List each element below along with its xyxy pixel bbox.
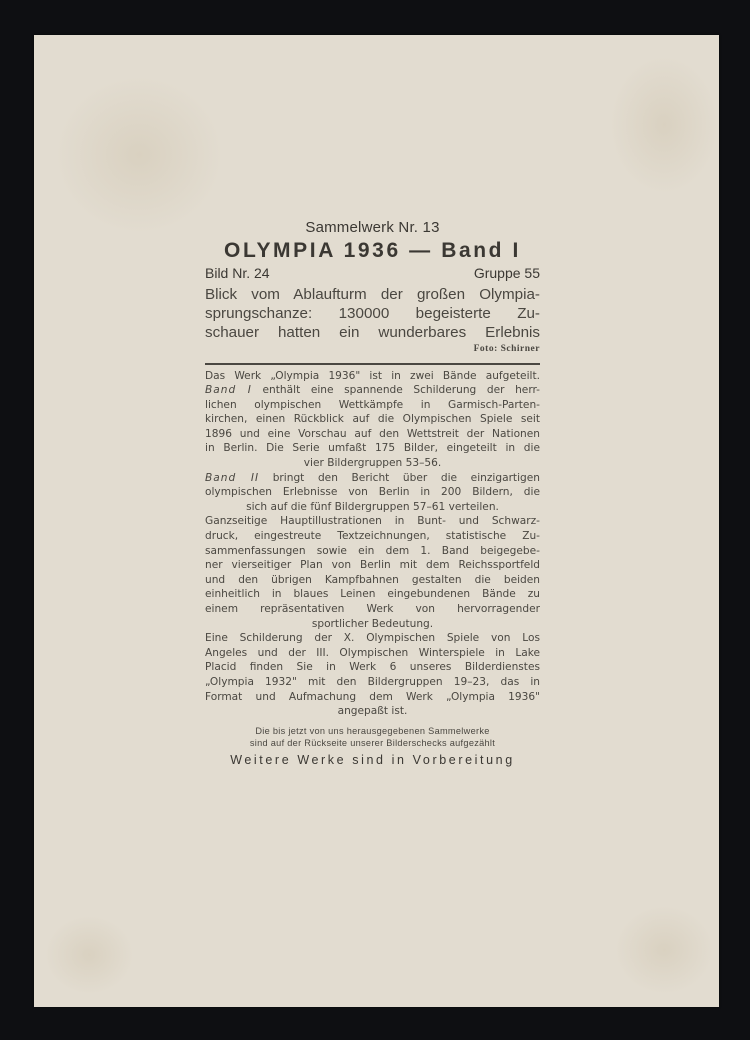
photo-credit: Foto: Schirner — [205, 343, 540, 355]
caption-line: Blick vom Ablaufturm der großen Olympia- — [205, 285, 540, 304]
card-title: OLYMPIA 1936 — Band I — [205, 239, 540, 263]
body-line: 1896 und eine Vorschau auf den Wettstrei… — [205, 427, 540, 442]
body-line: Ganzseitige Hauptillustrationen in Bunt-… — [205, 514, 540, 529]
group-number: Gruppe 55 — [474, 264, 540, 283]
body-line: Band I enthält eine spannende Schilderun… — [205, 383, 540, 398]
description-body: Das Werk „Olympia 1936" ist in zwei Bänd… — [205, 369, 540, 719]
body-line: Das Werk „Olympia 1936" ist in zwei Bänd… — [205, 369, 540, 384]
body-line: in Berlin. Die Serie umfaßt 175 Bilder, … — [205, 441, 540, 456]
body-line: angepaßt ist. — [205, 704, 540, 719]
body-line: einem repräsentativen Werk von hervorrag… — [205, 602, 540, 617]
band-one-label: Band I — [205, 384, 252, 396]
caption-line: sprungschanze: 130000 begeisterte Zu- — [205, 304, 540, 323]
body-line: olympischen Erlebnisse von Berlin in 200… — [205, 485, 540, 500]
card-meta-row: Bild Nr. 24 Gruppe 55 — [205, 264, 540, 283]
body-line: sich auf die fünf Bildergruppen 57–61 ve… — [205, 500, 540, 515]
band-two-label: Band II — [205, 472, 259, 484]
paper-stain — [44, 915, 134, 995]
body-line: druck, eingestreute Textzeichnungen, sta… — [205, 529, 540, 544]
picture-caption: Blick vom Ablaufturm der großen Olympia-… — [205, 285, 540, 342]
body-line: kirchen, einen Rückblick auf die Olympis… — [205, 412, 540, 427]
notice-line: sind auf der Rückseite unserer Bildersch… — [205, 737, 540, 749]
paper-stain — [609, 55, 719, 195]
card-text-block: Sammelwerk Nr. 13 OLYMPIA 1936 — Band I … — [205, 218, 540, 769]
picture-number: Bild Nr. 24 — [205, 264, 270, 283]
body-line: sportlicher Bedeutung. — [205, 617, 540, 632]
body-line: sammenfassungen sowie ein dem 1. Band be… — [205, 544, 540, 559]
separator-rule — [205, 363, 540, 365]
caption-line: schauer hatten ein wunderbares Erlebnis — [205, 323, 540, 342]
body-line: ner vierseitiger Plan von Berlin mit dem… — [205, 558, 540, 573]
body-line: Placid finden Sie in Werk 6 unseres Bild… — [205, 660, 540, 675]
body-line: vier Bildergruppen 53–56. — [205, 456, 540, 471]
notice-line: Die bis jetzt von uns herausgegebenen Sa… — [205, 725, 540, 737]
series-label: Sammelwerk Nr. 13 — [205, 218, 540, 238]
body-line: „Olympia 1932" mit den Bildergruppen 19–… — [205, 675, 540, 690]
body-line: Angeles und der III. Olympischen Winters… — [205, 646, 540, 661]
body-line: einheitlich in blaues Leinen eingebunden… — [205, 587, 540, 602]
body-line: Band II bringt den Bericht über die einz… — [205, 471, 540, 486]
body-line: Format und Aufmachung dem Werk „Olympia … — [205, 690, 540, 705]
series-notice: Die bis jetzt von uns herausgegebenen Sa… — [205, 725, 540, 749]
collector-card: Sammelwerk Nr. 13 OLYMPIA 1936 — Band I … — [34, 35, 719, 1007]
body-line: und den übrigen Kampfbahnen gestalten di… — [205, 573, 540, 588]
paper-stain — [614, 905, 714, 995]
body-line: lichen olympischen Wettkämpfe in Garmisc… — [205, 398, 540, 413]
paper-stain — [54, 75, 224, 235]
body-line: Eine Schilderung der X. Olympischen Spie… — [205, 631, 540, 646]
footer-announcement: Weitere Werke sind in Vorbereitung — [205, 751, 540, 769]
